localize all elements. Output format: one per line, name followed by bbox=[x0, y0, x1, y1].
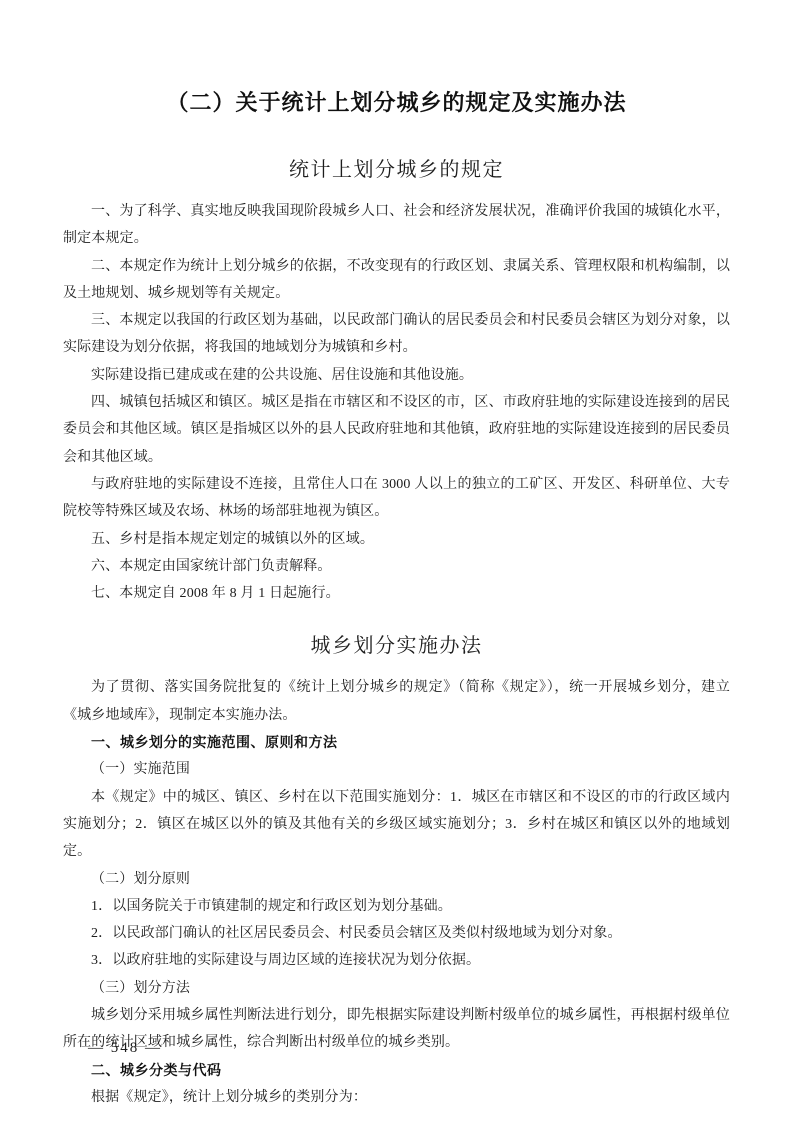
implementation-principle-2: 2．以民政部门确认的社区居民委员会、村民委员会辖区及类似村级地域为划分对象。 bbox=[63, 920, 730, 947]
regulation-paragraph-5: 四、城镇包括城区和镇区。城区是指在市辖区和不设区的市，区、市政府驻地的实际建设连… bbox=[63, 389, 730, 471]
page-number: — 548 — bbox=[88, 1040, 162, 1057]
regulation-paragraph-4: 实际建设指已建成或在建的公共设施、居住设施和其他设施。 bbox=[63, 362, 730, 389]
regulation-paragraph-6: 与政府驻地的实际建设不连接，且常住人口在 3000 人以上的独立的工矿区、开发区… bbox=[63, 471, 730, 526]
implementation-section-heading: 城乡划分实施办法 bbox=[63, 629, 730, 658]
implementation-principle-1: 1．以国务院关于市镇建制的规定和行政区划为划分基础。 bbox=[63, 893, 730, 920]
implementation-item-method-body: 城乡划分采用城乡属性判断法进行划分，即先根据实际建设判断村级单位的城乡属性，再根… bbox=[63, 1002, 730, 1057]
regulation-paragraph-1: 一、为了科学、真实地反映我国现阶段城乡人口、社会和经济发展状况，准确评价我国的城… bbox=[63, 198, 730, 253]
regulation-paragraph-7: 五、乡村是指本规定划定的城镇以外的区域。 bbox=[63, 526, 730, 553]
implementation-principle-3: 3．以政府驻地的实际建设与周边区域的连接状况为划分依据。 bbox=[63, 947, 730, 974]
regulation-paragraph-8: 六、本规定由国家统计部门负责解释。 bbox=[63, 553, 730, 580]
implementation-item-method-title: （三）划分方法 bbox=[63, 975, 730, 1002]
document-title: （二）关于统计上划分城乡的规定及实施办法 bbox=[63, 86, 730, 117]
regulation-paragraph-2: 二、本规定作为统计上划分城乡的依据，不改变现有的行政区划、隶属关系、管理权限和机… bbox=[63, 253, 730, 308]
implementation-item-scope-title: （一）实施范围 bbox=[63, 756, 730, 783]
regulation-section-heading: 统计上划分城乡的规定 bbox=[63, 153, 730, 182]
implementation-item-principles-title: （二）划分原则 bbox=[63, 866, 730, 893]
implementation-subhead-scope-principles: 一、城乡划分的实施范围、原则和方法 bbox=[63, 729, 730, 756]
implementation-item-scope-body: 本《规定》中的城区、镇区、乡村在以下范围实施划分：1．城区在市辖区和不设区的市的… bbox=[63, 784, 730, 866]
document-page: （二）关于统计上划分城乡的规定及实施办法 统计上划分城乡的规定 一、为了科学、真… bbox=[0, 0, 793, 1122]
implementation-subhead-classification-codes: 二、城乡分类与代码 bbox=[63, 1057, 730, 1084]
implementation-intro-paragraph: 为了贯彻、落实国务院批复的《统计上划分城乡的规定》（简称《规定》），统一开展城乡… bbox=[63, 674, 730, 729]
regulation-paragraph-9: 七、本规定自 2008 年 8 月 1 日起施行。 bbox=[63, 580, 730, 607]
implementation-classification-intro: 根据《规定》，统计上划分城乡的类别分为： bbox=[63, 1084, 730, 1111]
regulation-paragraph-3: 三、本规定以我国的行政区划为基础，以民政部门确认的居民委员会和村民委员会辖区为划… bbox=[63, 307, 730, 362]
